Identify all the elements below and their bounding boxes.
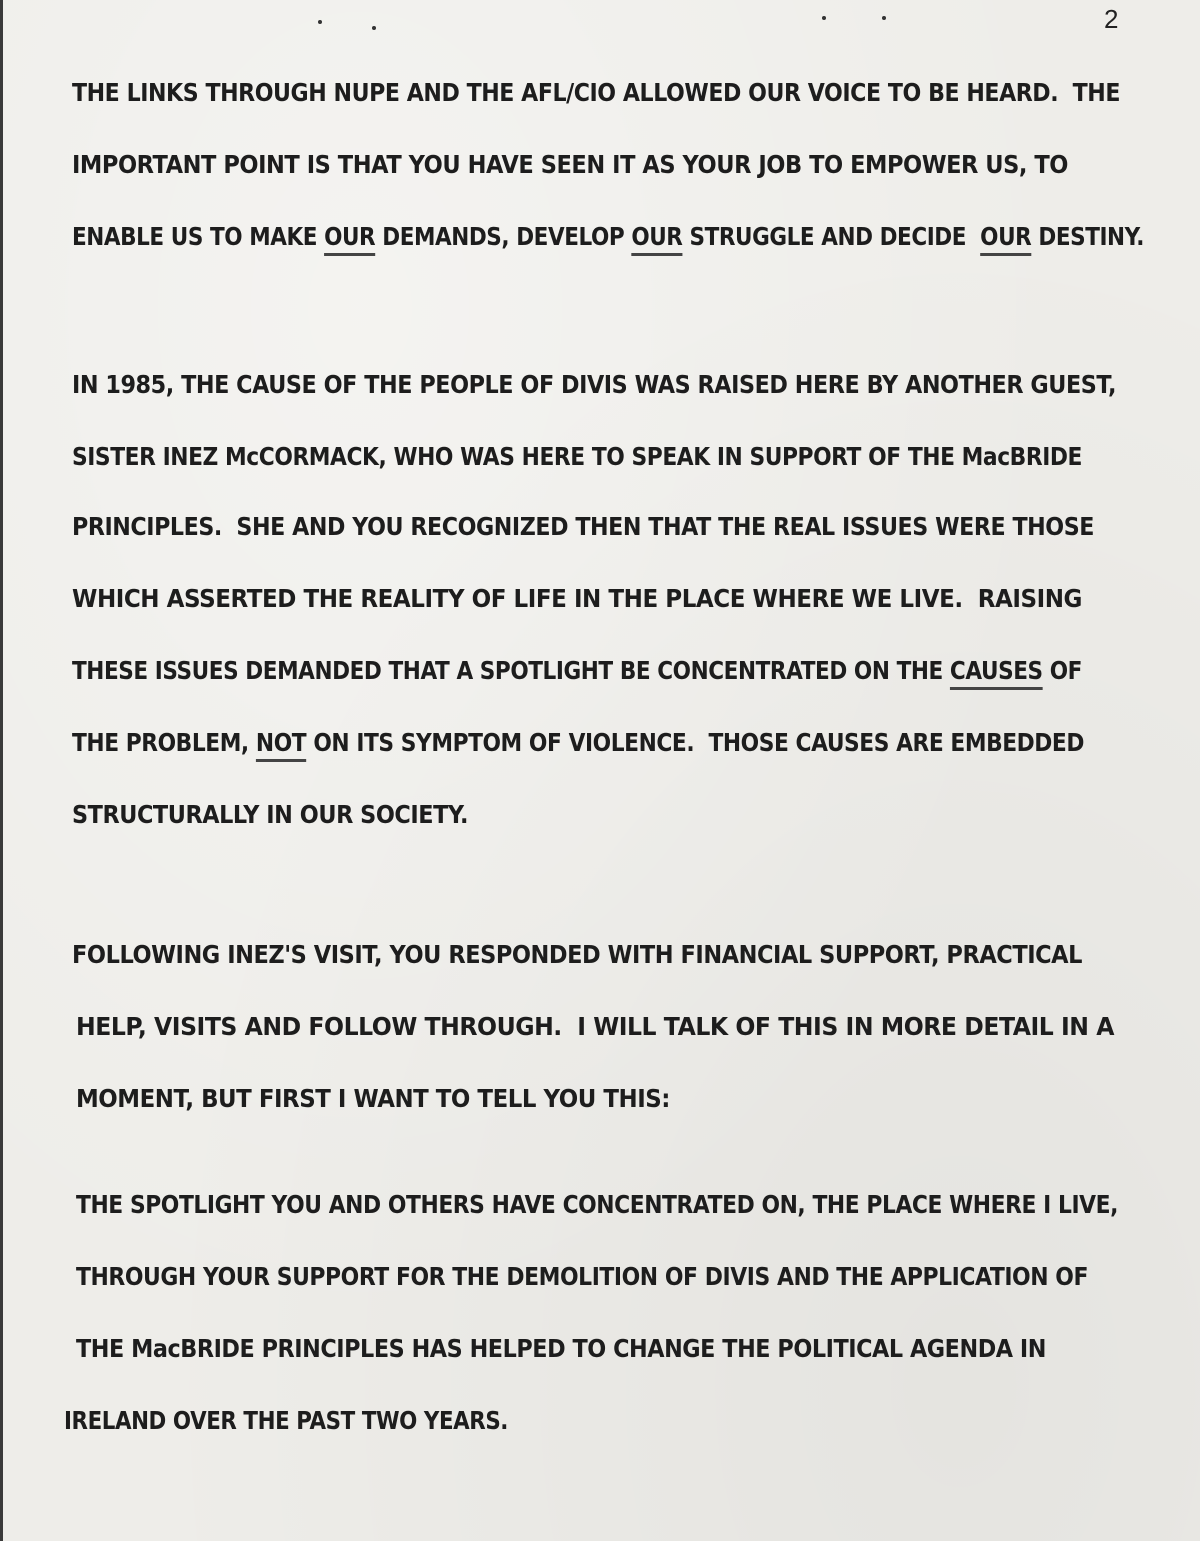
scan-speck [822,16,826,20]
text-line: THESE ISSUES DEMANDED THAT A SPOTLIGHT B… [72,656,1082,686]
text-run: THESE ISSUES DEMANDED THAT A SPOTLIGHT B… [72,656,950,685]
text-run: IRELAND OVER THE PAST TWO YEARS. [64,1406,508,1435]
text-line: WHICH ASSERTED THE REALITY OF LIFE IN TH… [72,584,1082,614]
text-run: HELP, VISITS AND FOLLOW THROUGH. I WILL … [76,1012,1114,1041]
text-line: ENABLE US TO MAKE OUR DEMANDS, DEVELOP O… [72,222,1144,252]
text-run: IN 1985, THE CAUSE OF THE PEOPLE OF DIVI… [72,370,1116,399]
text-line: THE PROBLEM, NOT ON ITS SYMPTOM OF VIOLE… [72,728,1084,758]
text-run: THE LINKS THROUGH NUPE AND THE AFL/CIO A… [72,78,1120,107]
text-run: STRUGGLE AND DECIDE [682,222,980,251]
scan-speck [372,26,376,30]
text-run: PRINCIPLES. SHE AND YOU RECOGNIZED THEN … [72,512,1094,541]
text-line: IRELAND OVER THE PAST TWO YEARS. [64,1406,508,1436]
text-run: MOMENT, BUT FIRST I WANT TO TELL YOU THI… [76,1084,670,1113]
text-run: DESTINY. [1031,222,1144,251]
text-line: THE MacBRIDE PRINCIPLES HAS HELPED TO CH… [76,1334,1046,1364]
text-line: MOMENT, BUT FIRST I WANT TO TELL YOU THI… [76,1084,670,1114]
text-run: WHICH ASSERTED THE REALITY OF LIFE IN TH… [72,584,1082,613]
text-line: THROUGH YOUR SUPPORT FOR THE DEMOLITION … [76,1262,1088,1292]
text-line: FOLLOWING INEZ'S VISIT, YOU RESPONDED WI… [72,940,1082,970]
underlined-word: OUR [631,222,682,251]
text-run: ENABLE US TO MAKE [72,222,324,251]
page-number: 2 [1104,4,1118,35]
text-line: THE SPOTLIGHT YOU AND OTHERS HAVE CONCEN… [76,1190,1118,1220]
text-line: IMPORTANT POINT IS THAT YOU HAVE SEEN IT… [72,150,1068,180]
underlined-word: CAUSES [950,656,1043,685]
scanned-page: 2 THE LINKS THROUGH NUPE AND THE AFL/CIO… [0,0,1200,1541]
text-run: FOLLOWING INEZ'S VISIT, YOU RESPONDED WI… [72,940,1082,969]
text-run: THE MacBRIDE PRINCIPLES HAS HELPED TO CH… [76,1334,1046,1363]
text-run: DEMANDS, DEVELOP [375,222,631,251]
text-run: ON ITS SYMPTOM OF VIOLENCE. THOSE CAUSES… [306,728,1084,757]
scan-speck [318,20,322,24]
text-line: IN 1985, THE CAUSE OF THE PEOPLE OF DIVI… [72,370,1116,400]
text-run: SISTER INEZ McCORMACK, WHO WAS HERE TO S… [72,442,1082,471]
text-line: HELP, VISITS AND FOLLOW THROUGH. I WILL … [76,1012,1114,1042]
text-run: THE PROBLEM, [72,728,256,757]
text-run: IMPORTANT POINT IS THAT YOU HAVE SEEN IT… [72,150,1068,179]
scan-edge [0,0,3,1541]
underlined-word: NOT [256,728,306,757]
text-run: THE SPOTLIGHT YOU AND OTHERS HAVE CONCEN… [76,1190,1118,1219]
text-run: OF [1043,656,1082,685]
text-line: THE LINKS THROUGH NUPE AND THE AFL/CIO A… [72,78,1120,108]
underlined-word: OUR [324,222,375,251]
scan-speck [882,16,886,20]
text-line: STRUCTURALLY IN OUR SOCIETY. [72,800,468,830]
text-run: THROUGH YOUR SUPPORT FOR THE DEMOLITION … [76,1262,1088,1291]
text-run: STRUCTURALLY IN OUR SOCIETY. [72,800,468,829]
underlined-word: OUR [980,222,1031,251]
text-line: SISTER INEZ McCORMACK, WHO WAS HERE TO S… [72,442,1082,472]
text-line: PRINCIPLES. SHE AND YOU RECOGNIZED THEN … [72,512,1094,542]
